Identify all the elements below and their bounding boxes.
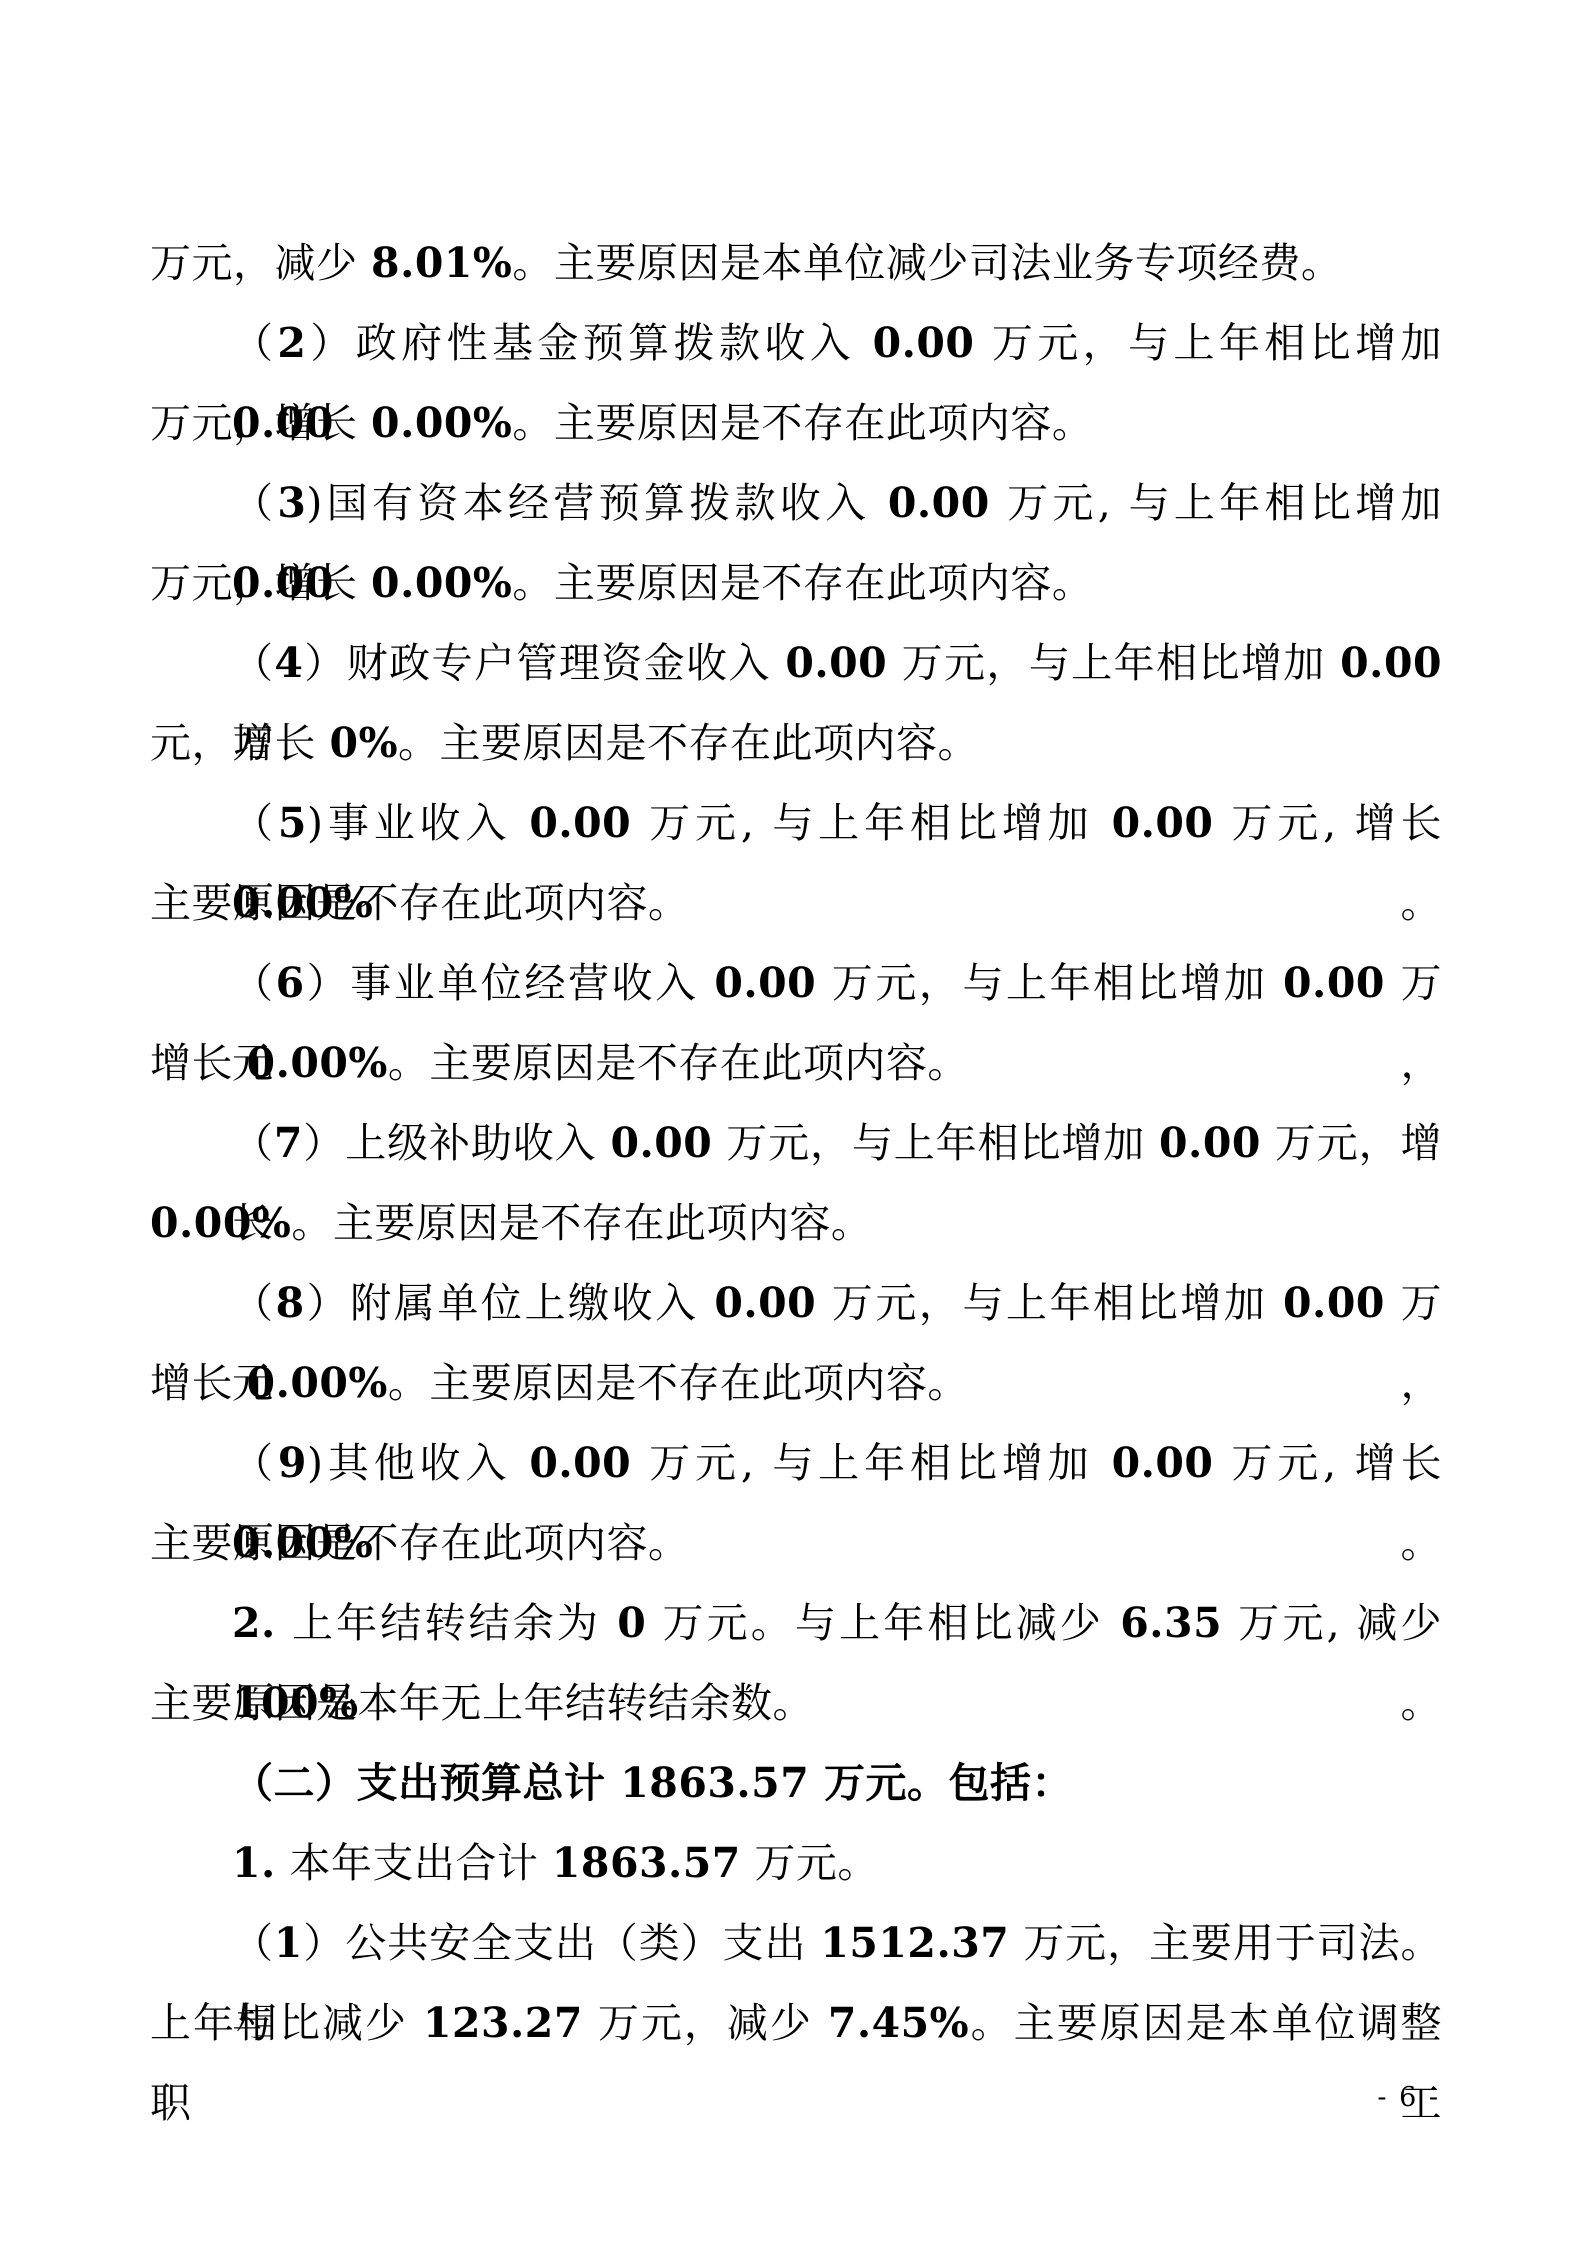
- text-line: （7）上级补助收入 0.00 万元，与上年相比增加 0.00 万元，增长: [150, 1103, 1442, 1183]
- text-line: （6）事业单位经营收入 0.00 万元，与上年相比增加 0.00 万元，: [150, 943, 1442, 1023]
- text-line: 1. 本年支出合计 1863.57 万元。: [150, 1823, 1442, 1903]
- text-line: （二）支出预算总计 1863.57 万元。包括：: [150, 1743, 1442, 1823]
- text-line: （4）财政专户管理资金收入 0.00 万元，与上年相比增加 0.00 万: [150, 623, 1442, 703]
- text-line: （3)国有资本经营预算拨款收入 0.00 万元, 与上年相比增加 0.00: [150, 463, 1442, 543]
- text-line: 万元，增长 0.00%。主要原因是不存在此项内容。: [150, 543, 1442, 623]
- text-line: 万元，增长 0.00%。主要原因是不存在此项内容。: [150, 383, 1442, 463]
- document-body: 万元，减少 8.01%。主要原因是本单位减少司法业务专项经费。（2）政府性基金预…: [150, 223, 1442, 2063]
- document-page: 万元，减少 8.01%。主要原因是本单位减少司法业务专项经费。（2）政府性基金预…: [0, 0, 1588, 2245]
- text-line: 万元，减少 8.01%。主要原因是本单位减少司法业务专项经费。: [150, 223, 1442, 303]
- text-line: 0.00%。主要原因是不存在此项内容。: [150, 1183, 1442, 1263]
- text-line: （8）附属单位上缴收入 0.00 万元，与上年相比增加 0.00 万元，: [150, 1263, 1442, 1343]
- text-line: （1）公共安全支出（类）支出 1512.37 万元，主要用于司法。与: [150, 1903, 1442, 1983]
- text-line: （5)事业收入 0.00 万元, 与上年相比增加 0.00 万元, 增长 0.0…: [150, 783, 1442, 863]
- text-line: 2. 上年结转结余为 0 万元。与上年相比减少 6.35 万元, 减少 100%…: [150, 1583, 1442, 1663]
- text-line: 元，增长 0%。主要原因是不存在此项内容。: [150, 703, 1442, 783]
- page-number: - 6 -: [1377, 2078, 1440, 2118]
- text-line: （9)其他收入 0.00 万元, 与上年相比增加 0.00 万元, 增长 0.0…: [150, 1423, 1442, 1503]
- text-line: 上年相比减少 123.27 万元，减少 7.45%。主要原因是本单位调整职工: [150, 1983, 1442, 2063]
- text-line: （2）政府性基金预算拨款收入 0.00 万元，与上年相比增加 0.00: [150, 303, 1442, 383]
